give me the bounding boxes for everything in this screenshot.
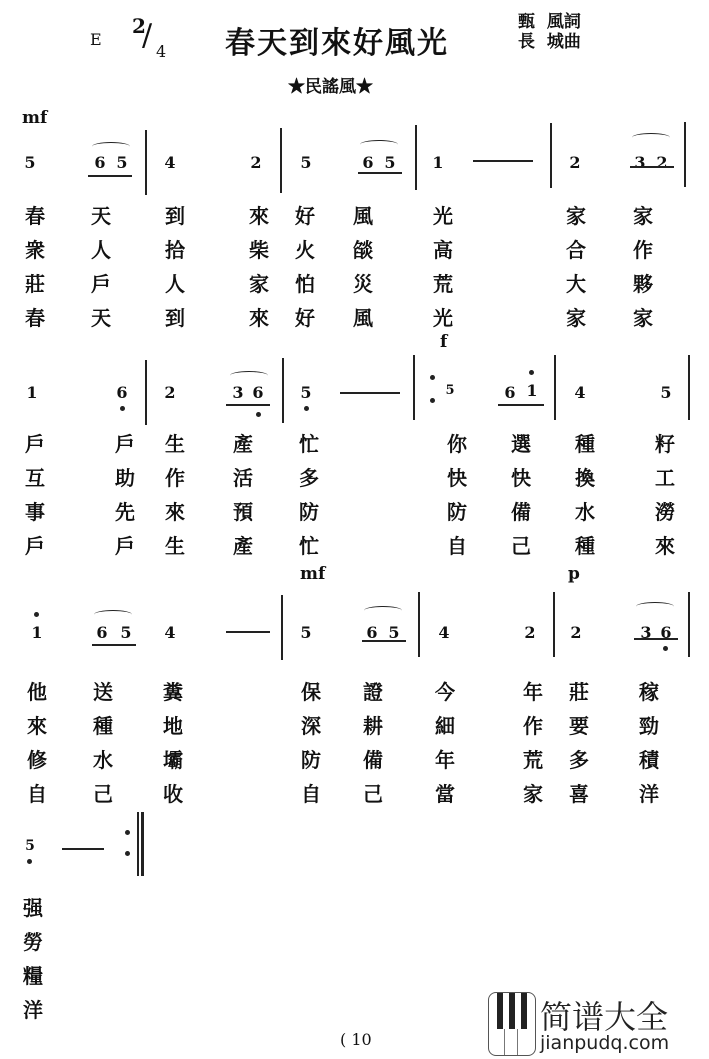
note: 1 [428, 153, 448, 172]
note: 6 [248, 383, 268, 402]
low-octave-dot [304, 406, 309, 411]
repeat-end-bar-thin [137, 812, 139, 876]
low-octave-dot [256, 412, 261, 417]
note: 2 [566, 623, 586, 642]
note: 5 [296, 623, 316, 642]
low-octave-dot [27, 859, 32, 864]
watermark-url: jianpudq.com [540, 1032, 669, 1054]
note: 1 [27, 623, 47, 642]
note: 5 [380, 153, 400, 172]
note: 4 [160, 623, 180, 642]
high-octave-dot [34, 612, 39, 617]
beam-underline [226, 404, 270, 406]
dynamic-mf: mf [300, 564, 325, 584]
low-octave-dot [120, 406, 125, 411]
beam-underline [498, 404, 544, 406]
bar-line [280, 128, 282, 193]
bar-line [415, 125, 417, 190]
slur [94, 610, 132, 619]
beam-underline [362, 640, 406, 642]
note: 2 [160, 383, 180, 402]
extension-dash [226, 631, 270, 633]
note: 6 [112, 383, 132, 402]
bar-line [550, 123, 552, 188]
repeat-dot [125, 830, 130, 835]
note: 6 [90, 153, 110, 172]
note: 6 [500, 383, 520, 402]
repeat-start-bar [413, 355, 415, 420]
dynamic-mf: mf [22, 108, 47, 128]
dynamic-f: f [440, 332, 447, 352]
note: 4 [434, 623, 454, 642]
bar-line [554, 355, 556, 420]
note: 2 [652, 153, 672, 172]
bar-line [553, 592, 555, 657]
note: 2 [246, 153, 266, 172]
extension-dash [340, 392, 400, 394]
bar-line [418, 592, 420, 657]
slur [230, 371, 268, 380]
dynamic-p: p [568, 564, 580, 584]
piano-logo-icon [488, 992, 536, 1056]
page-number: ( 10 [340, 1030, 372, 1049]
note: 3 [228, 383, 248, 402]
beam-underline [88, 175, 132, 177]
low-octave-dot [663, 646, 668, 651]
note: 6 [92, 623, 112, 642]
song-title: 春天到來好風光 [225, 18, 449, 62]
repeat-dot [430, 398, 435, 403]
slur [636, 602, 674, 611]
note: 6 [358, 153, 378, 172]
beam-underline [634, 638, 678, 640]
note: 5 [296, 153, 316, 172]
repeat-end-bar-thick [141, 812, 144, 876]
note: 4 [570, 383, 590, 402]
high-octave-dot [529, 370, 534, 375]
extension-dash [62, 848, 104, 850]
beam-underline [358, 172, 402, 174]
repeat-dot [430, 375, 435, 380]
bar-line [688, 355, 690, 420]
note: 5 [656, 383, 676, 402]
note: 5 [116, 623, 136, 642]
bar-line [684, 122, 686, 187]
note: 2 [565, 153, 585, 172]
bar-line [688, 592, 690, 657]
note: 5 [20, 153, 40, 172]
bar-line [281, 595, 283, 660]
note: 4 [160, 153, 180, 172]
slur [632, 133, 670, 142]
note: 1 [522, 381, 542, 400]
note: 5 [112, 153, 132, 172]
slur [92, 142, 130, 151]
note: 1 [22, 383, 42, 402]
extension-dash [473, 160, 533, 162]
style-label: ★民謠風★ [288, 72, 373, 97]
credits: 甄 風詞 長 城曲 [518, 12, 581, 52]
beam-underline [630, 166, 674, 168]
note: 5 [20, 838, 40, 854]
bar-line [145, 130, 147, 195]
bar-line [145, 360, 147, 425]
repeat-dot [125, 851, 130, 856]
note: 3 [630, 153, 650, 172]
slur [364, 606, 402, 615]
slur [360, 140, 398, 149]
note: 2 [520, 623, 540, 642]
note: 5 [440, 383, 460, 398]
beam-underline [92, 644, 136, 646]
bar-line [282, 358, 284, 423]
key-signature: E [90, 30, 102, 49]
note: 5 [296, 383, 316, 402]
